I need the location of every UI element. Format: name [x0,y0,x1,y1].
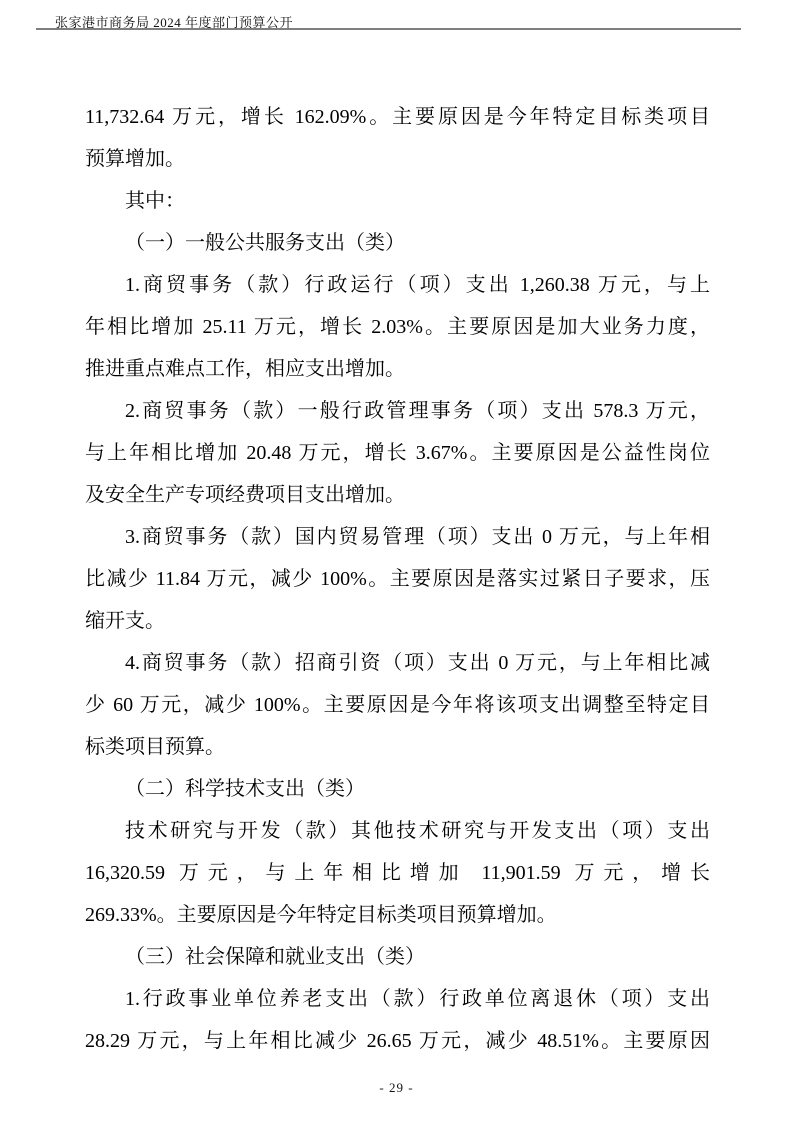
text-line: 11,732.64 万元，增长 162.09%。主要原因是今年特定目标类项目 [85,96,710,138]
text-line: （三）社会保障和就业支出（类） [85,936,710,978]
text-line: 技术研究与开发（款）其他技术研究与开发支出（项）支出 [85,810,710,852]
text-line: 少 60 万元，减少 100%。主要原因是今年将该项支出调整至特定目 [85,684,710,726]
text-line: 4.商贸事务（款）招商引资（项）支出 0 万元，与上年相比减 [85,642,710,684]
document-page: 张家港市商务局 2024 年度部门预算公开 11,732.64 万元，增长 16… [0,0,793,1122]
text-line: 预算增加。 [85,138,710,180]
text-line: 比减少 11.84 万元，减少 100%。主要原因是落实过紧日子要求，压 [85,558,710,600]
document-body: 11,732.64 万元，增长 162.09%。主要原因是今年特定目标类项目预算… [85,96,710,1062]
page-footer: - 29 - [0,1080,793,1096]
text-line: 缩开支。 [85,600,710,642]
text-line: 与上年相比增加 20.48 万元，增长 3.67%。主要原因是公益性岗位 [85,432,710,474]
header-rule [36,28,741,30]
text-line: 及安全生产专项经费项目支出增加。 [85,474,710,516]
text-line: 3.商贸事务（款）国内贸易管理（项）支出 0 万元，与上年相 [85,516,710,558]
text-line: 28.29 万元，与上年相比减少 26.65 万元，减少 48.51%。主要原因 [85,1020,710,1062]
page-number: - 29 - [379,1080,413,1095]
text-line: 推进重点难点工作，相应支出增加。 [85,348,710,390]
text-line: 269.33%。主要原因是今年特定目标类项目预算增加。 [85,894,710,936]
text-line: 16,320.59 万元，与上年相比增加 11,901.59 万元，增长 [85,852,710,894]
text-line: 年相比增加 25.11 万元，增长 2.03%。主要原因是加大业务力度， [85,306,710,348]
text-line: 其中： [85,180,710,222]
text-line: 1.行政事业单位养老支出（款）行政单位离退休（项）支出 [85,978,710,1020]
text-line: （二）科学技术支出（类） [85,768,710,810]
text-line: （一）一般公共服务支出（类） [85,222,710,264]
text-line: 1.商贸事务（款）行政运行（项）支出 1,260.38 万元，与上 [85,264,710,306]
text-line: 标类项目预算。 [85,726,710,768]
text-line: 2.商贸事务（款）一般行政管理事务（项）支出 578.3 万元， [85,390,710,432]
